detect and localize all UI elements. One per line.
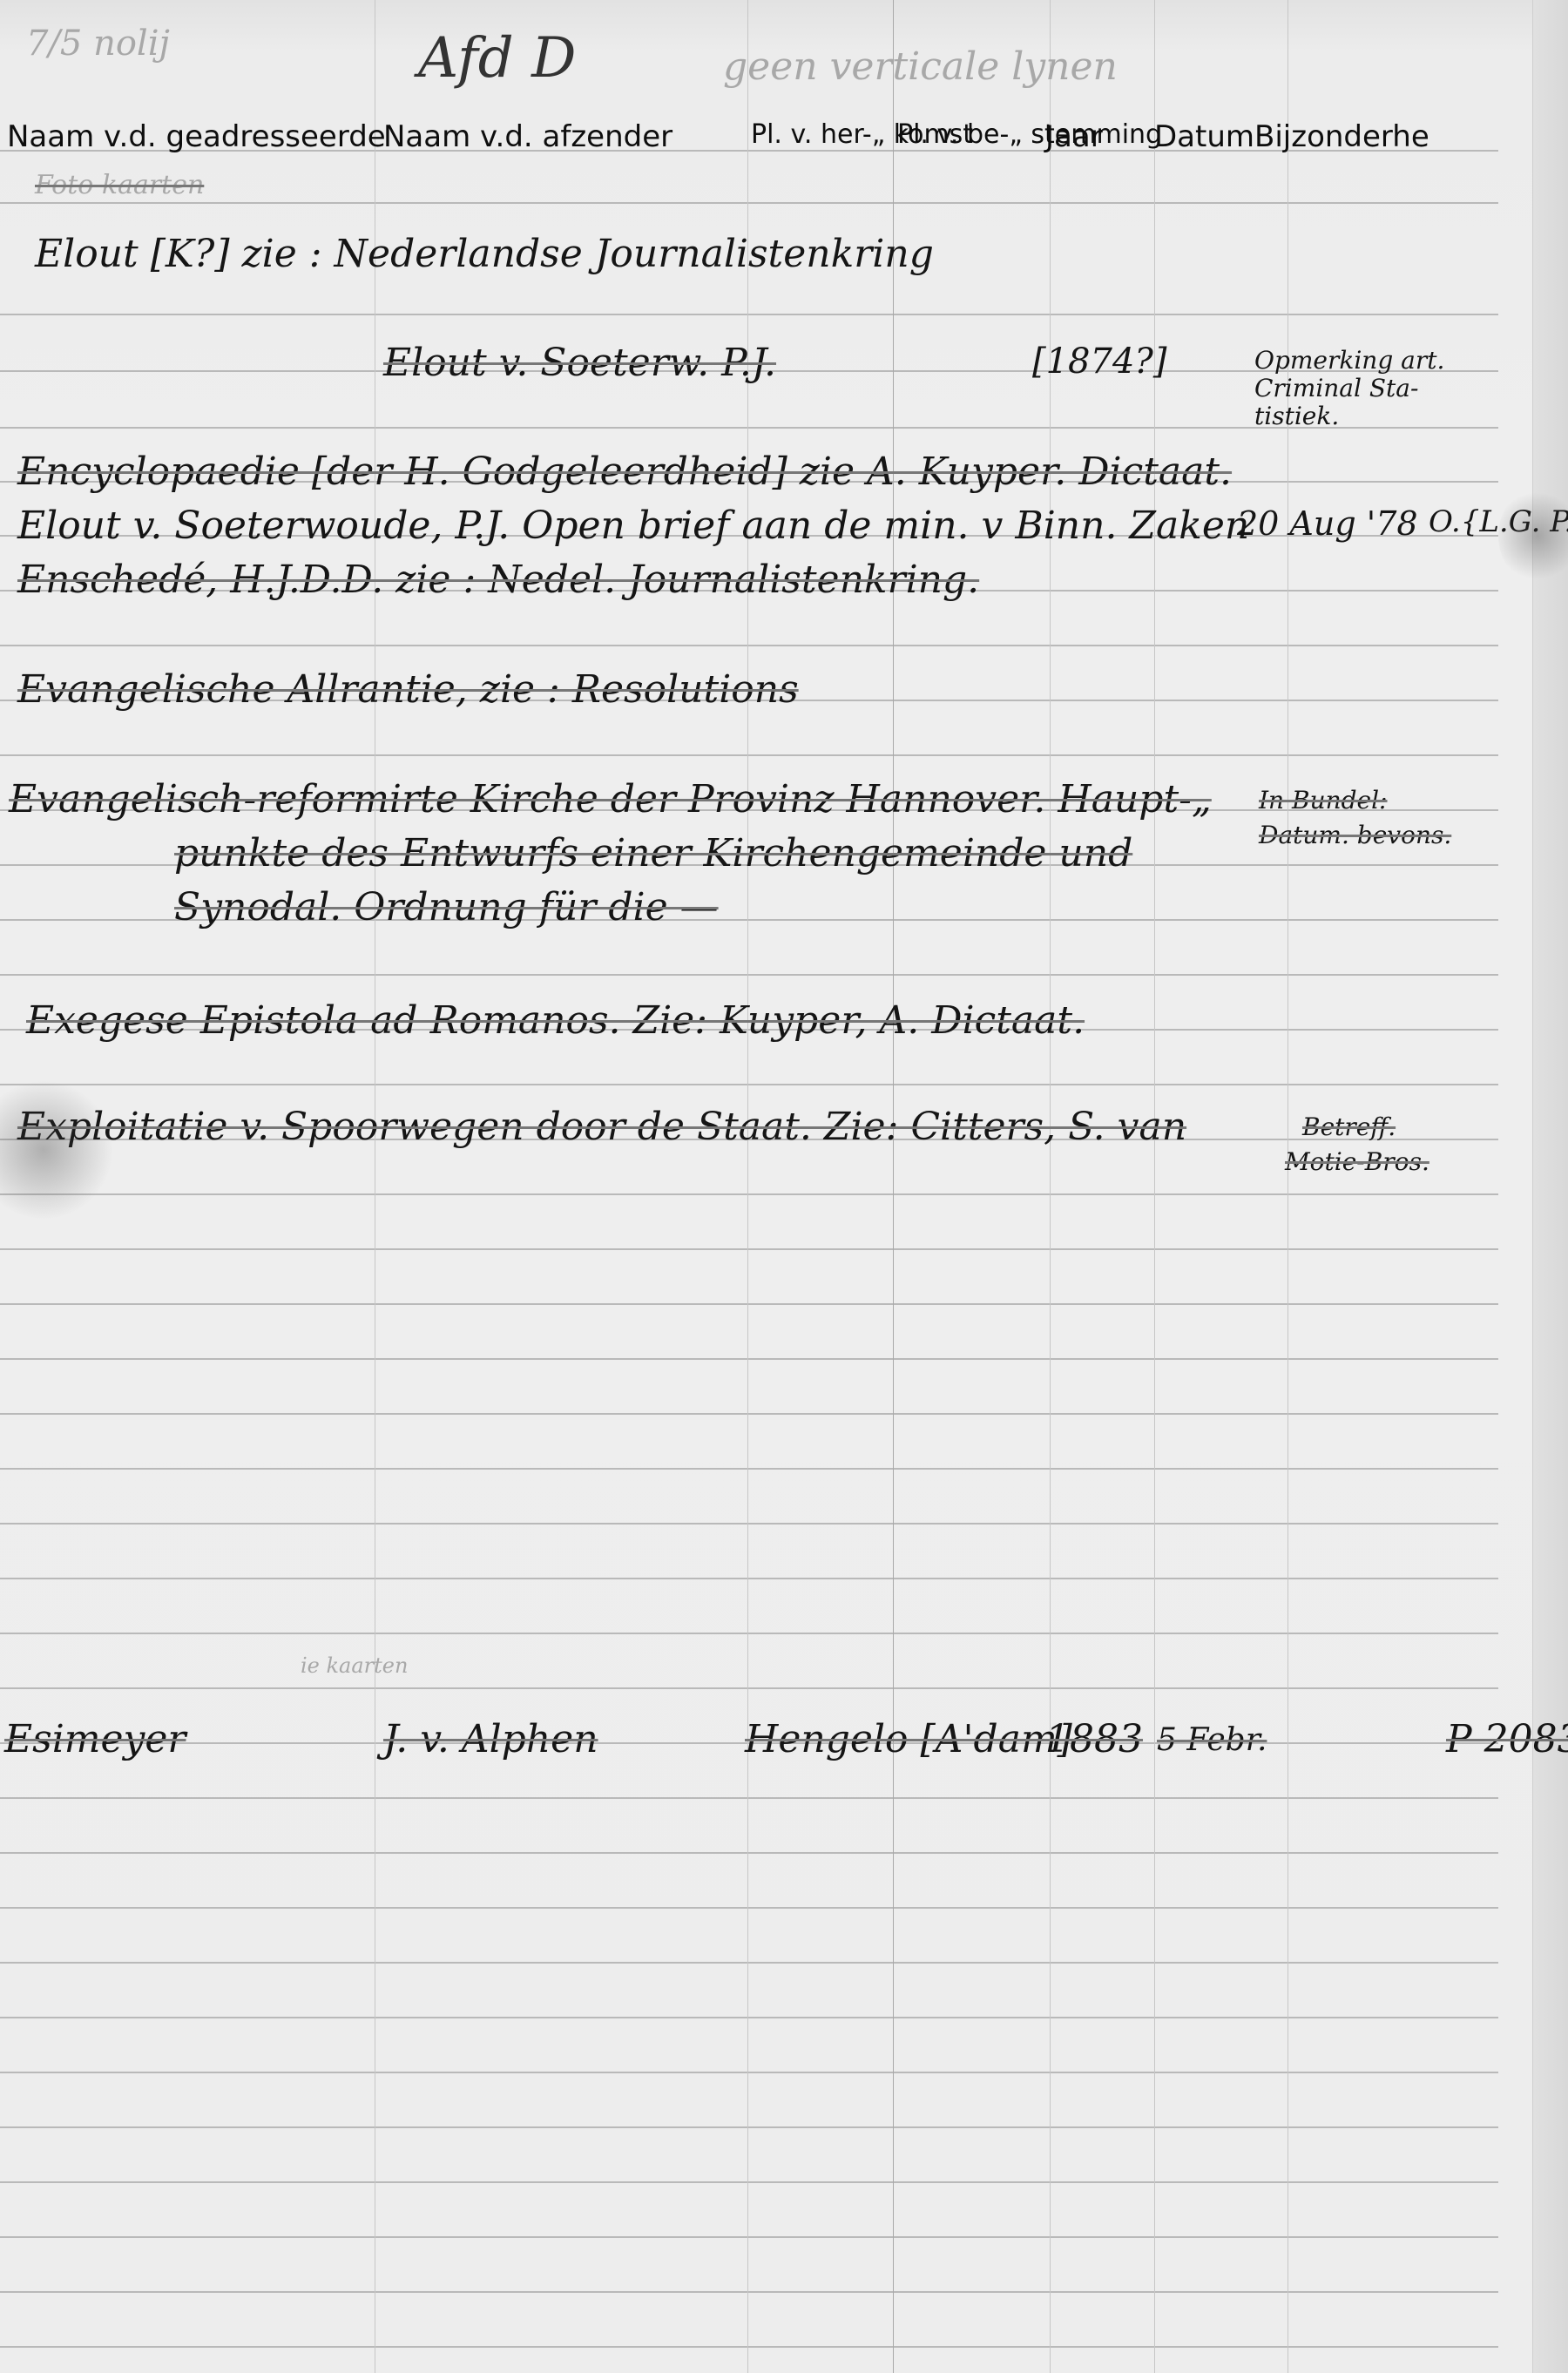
- pencil-note-top-left: 7/5 nolij: [26, 26, 170, 61]
- pencil-note-lower: ie kaarten: [301, 1655, 408, 1676]
- entry-year: 1883: [1045, 1721, 1143, 1759]
- rule-line: [0, 974, 1498, 976]
- rule-line: [0, 1578, 1498, 1579]
- column-header-date: Datum: [1154, 122, 1254, 152]
- column-header-remarks: Bijzonderhe: [1254, 122, 1429, 152]
- rule-line: [0, 1358, 1498, 1360]
- rule-line: [0, 2126, 1498, 2128]
- rule-line: [0, 1852, 1498, 1854]
- entry-line: Evangelisch-reformirte Kirche der Provin…: [9, 781, 1212, 819]
- rule-line: [0, 1797, 1498, 1799]
- column-divider: [893, 0, 894, 2373]
- rule-line: [0, 2072, 1498, 2073]
- entry-date: 20 Aug '78: [1237, 507, 1418, 540]
- rule-line: [0, 1962, 1498, 1964]
- entry-remark: In Bundel:: [1259, 788, 1388, 813]
- entry-sender: J. v. Alphen: [383, 1721, 598, 1759]
- pencil-note-top-center: geen verticale lynen: [723, 48, 1118, 86]
- entry-line: Enschedé, H.J.D.D. zie : Nedel. Journali…: [17, 561, 979, 599]
- rule-line: [0, 1248, 1498, 1250]
- rule-line: [0, 1084, 1498, 1085]
- rule-line: [0, 1468, 1498, 1470]
- entry-line: Elout [K?] zie : Nederlandse Journaliste…: [35, 235, 934, 274]
- ledger-page: 7/5 nolij geen verticale lynen Afd D Naa…: [0, 0, 1568, 2373]
- rule-line: [0, 1193, 1498, 1195]
- entry-line: Exegese Epistola ad Romanos. Zie: Kuyper…: [26, 1002, 1085, 1040]
- rule-line: [0, 1303, 1498, 1305]
- entry-date: 5 Febr.: [1157, 1725, 1267, 1756]
- entry-sender: Elout v. Soeterw. P.J.: [383, 344, 776, 382]
- entry-remark: tistiek.: [1254, 404, 1339, 429]
- entry-line: Synodal. Ordnung für die —: [174, 889, 719, 927]
- pencil-note-photo-cards: Foto kaarten: [35, 172, 204, 199]
- rule-line: [0, 2346, 1498, 2348]
- rule-line: [0, 1907, 1498, 1909]
- entry-remark: Criminal Sta-: [1254, 376, 1418, 401]
- entry-remark: Betreff.: [1302, 1115, 1396, 1139]
- ink-smudge: [0, 1080, 113, 1220]
- entry-line: Exploitatie v. Spoorwegen door de Staat.…: [17, 1108, 1186, 1146]
- entry-remark: Motie-Bros.: [1285, 1150, 1429, 1174]
- column-divider: [375, 0, 375, 2373]
- rule-line: [0, 1633, 1498, 1634]
- rule-line: [0, 1523, 1498, 1525]
- entry-remark: Opmerking art.: [1254, 348, 1444, 373]
- entry-addressee: Esimeyer: [4, 1721, 186, 1759]
- entry-remark: Datum. bevons.: [1259, 823, 1451, 848]
- rule-line: [0, 1413, 1498, 1415]
- entry-line: Evangelische Allrantie, zie : Resolution…: [17, 671, 799, 709]
- entry-line: Encyclopaedie [der H. Godgeleerdheid] zi…: [17, 453, 1232, 491]
- page-title: Afd D: [418, 30, 576, 86]
- rule-line: [0, 2291, 1498, 2293]
- page-edge: [1532, 0, 1568, 2373]
- column-header-sender: Naam v.d. afzender: [383, 122, 672, 152]
- entry-year: [1874?]: [1032, 344, 1166, 379]
- column-header-addressee: Naam v.d. geadresseerde: [7, 122, 386, 152]
- column-header-destination: Pl. v. be-„ stemming: [897, 122, 1162, 148]
- rule-line: [0, 645, 1498, 646]
- entry-remark: P 2083.: [1446, 1721, 1568, 1759]
- ink-smudge: [1498, 488, 1568, 584]
- rule-line: [0, 314, 1498, 315]
- rule-line: [0, 2236, 1498, 2238]
- rule-line: [0, 1687, 1498, 1689]
- entry-line: Elout v. Soeterwoude, P.J. Open brief aa…: [17, 507, 1249, 545]
- rule-line: [0, 202, 1498, 204]
- column-header-year: Jaar: [1045, 122, 1103, 152]
- rule-line: [0, 754, 1498, 756]
- entry-origin: Hengelo [A'dam]: [745, 1721, 1072, 1759]
- entry-line: punkte des Entwurfs einer Kirchengemeind…: [174, 835, 1132, 873]
- rule-line: [0, 2181, 1498, 2183]
- rule-line: [0, 2017, 1498, 2018]
